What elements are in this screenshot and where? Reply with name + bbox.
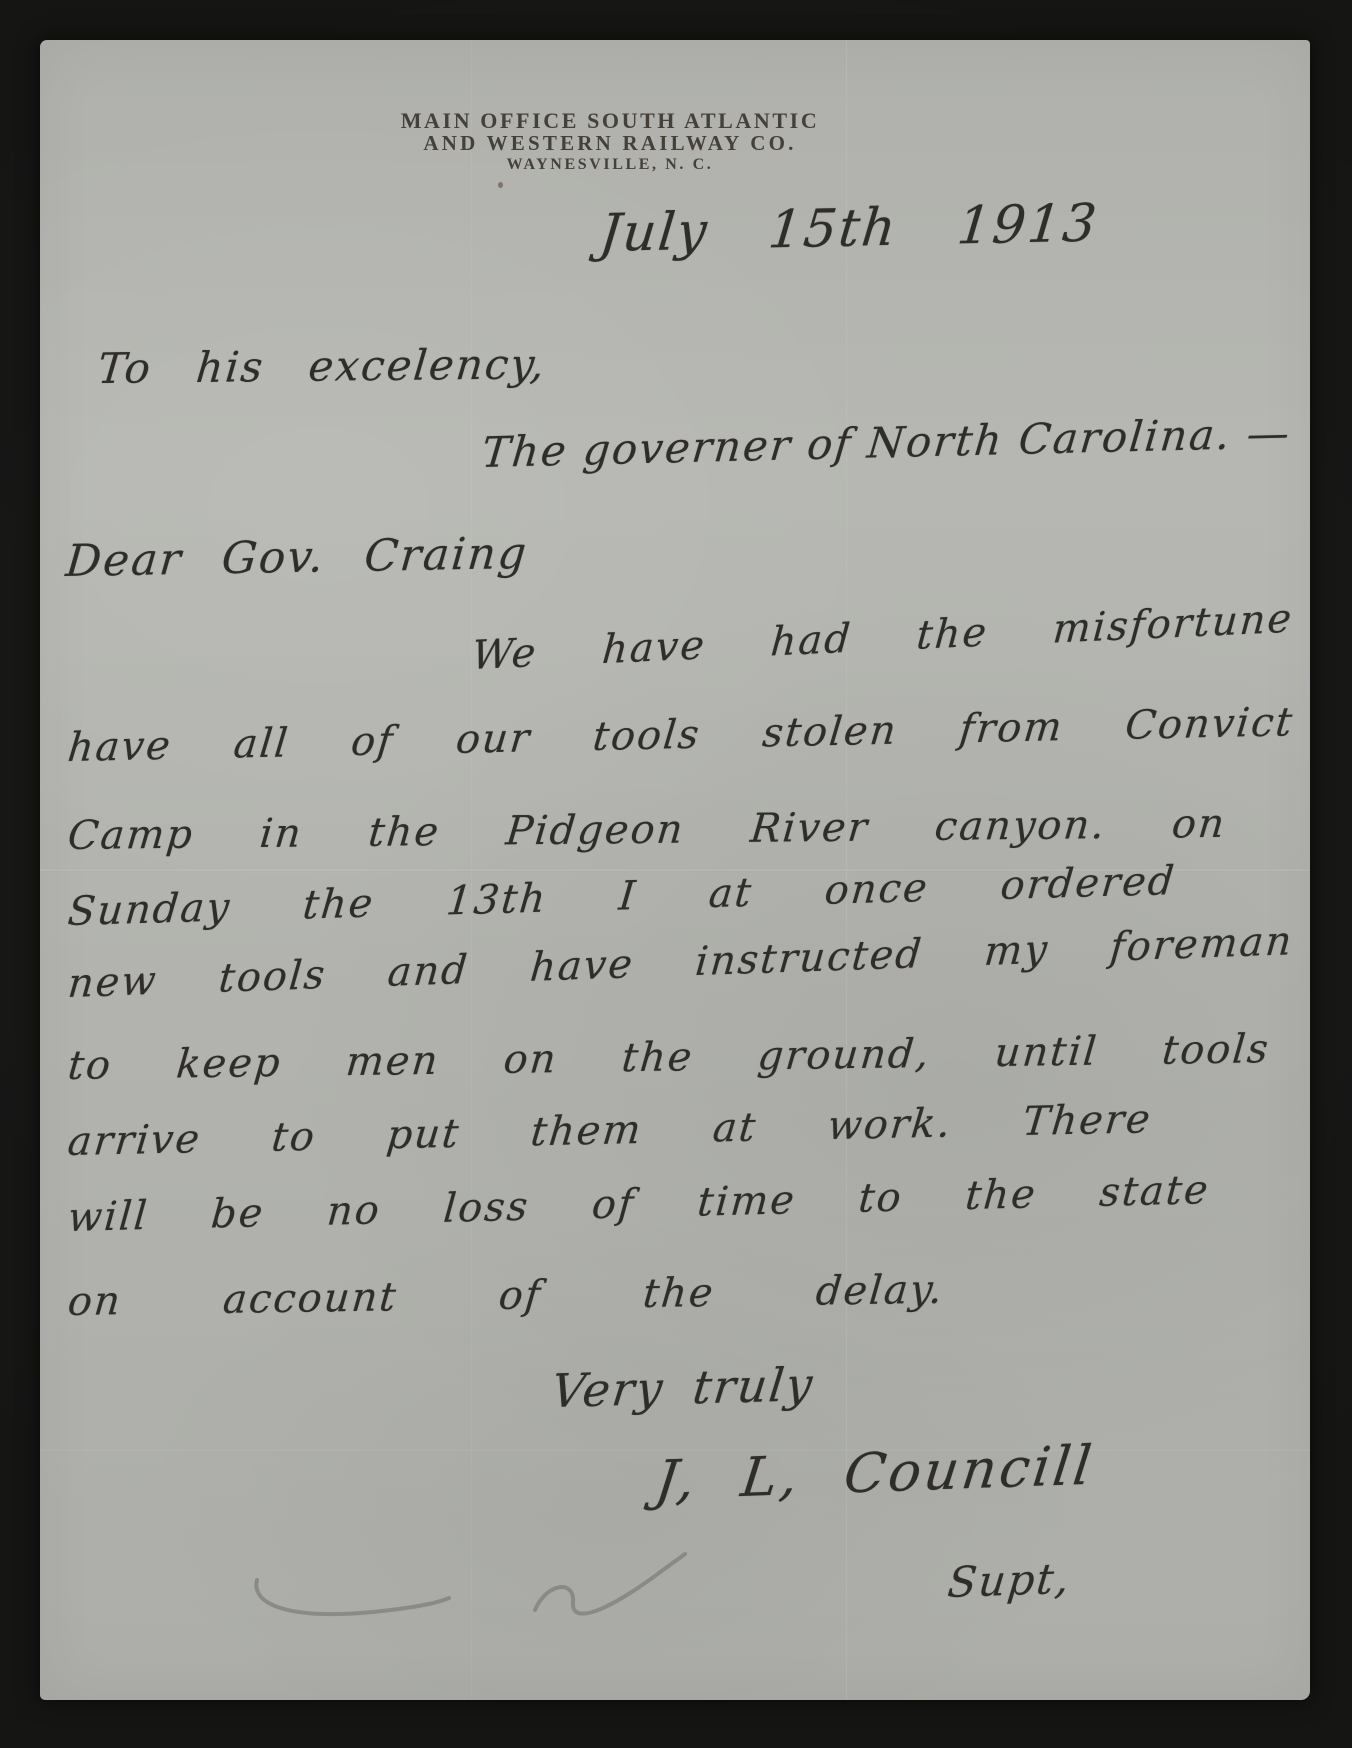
address-line-1: To his excelency, — [96, 343, 548, 390]
letter-page: MAIN OFFICE SOUTH ATLANTIC AND WESTERN R… — [40, 40, 1310, 1700]
handwritten-line: We have had the misfortune — [470, 599, 1294, 676]
handwritten-line: have all of our tools stolen from Convic… — [66, 702, 1296, 768]
signature: J, L, Councill — [653, 1439, 1097, 1509]
salutation: Dear Gov. Craing — [64, 532, 530, 584]
signature-title: Supt, — [946, 1557, 1100, 1604]
letterhead-line-3: WAYNESVILLE, N. C. — [40, 155, 1180, 176]
letterhead-line-1: MAIN OFFICE SOUTH ATLANTIC — [40, 110, 1180, 132]
handwritten-line: Camp in the Pidgeon River canyon. on — [66, 804, 1228, 856]
letterhead-line-2: AND WESTERN RAILWAY CO. — [40, 132, 1180, 155]
pencil-mark — [235, 1538, 695, 1638]
handwritten-line: new tools and have instructed my foreman — [66, 921, 1295, 1004]
date-line: July 15th 1913 — [597, 198, 1100, 261]
handwritten-line: will be no loss of time to the state — [66, 1170, 1211, 1238]
handwritten-line: to keep men on the ground, until tools — [66, 1029, 1272, 1086]
photo-background: MAIN OFFICE SOUTH ATLANTIC AND WESTERN R… — [0, 0, 1352, 1748]
ink-speck — [498, 182, 503, 188]
handwritten-line: on account of the delay. — [66, 1270, 946, 1322]
address-line-2: The governer of North Carolina. — — [480, 415, 1190, 474]
handwritten-line: arrive to put them at work. There — [66, 1099, 1154, 1162]
letterhead: MAIN OFFICE SOUTH ATLANTIC AND WESTERN R… — [40, 110, 1180, 176]
closing-line: Very truly — [549, 1361, 816, 1414]
